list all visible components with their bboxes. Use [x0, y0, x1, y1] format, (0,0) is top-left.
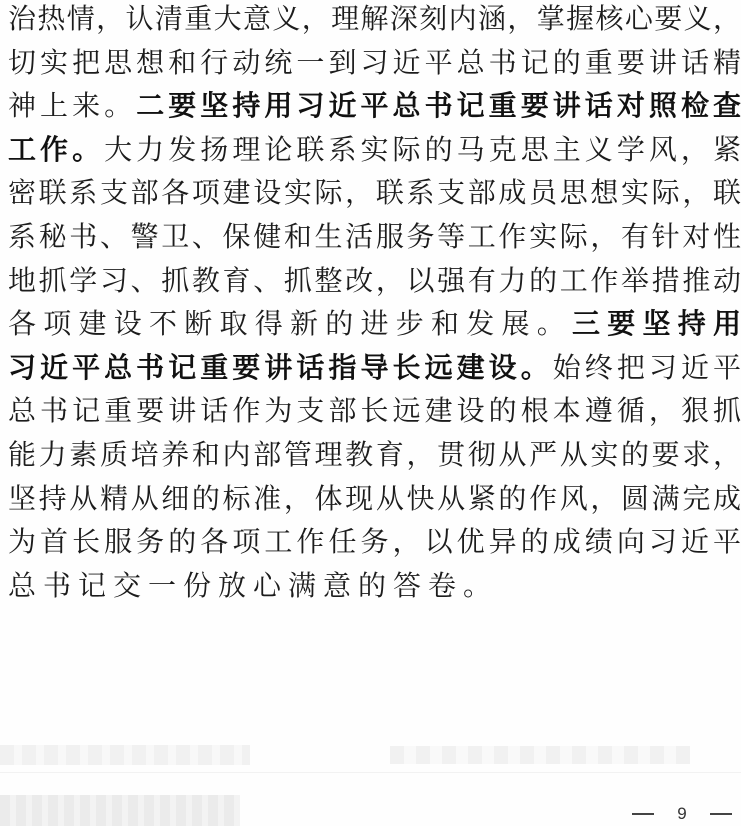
text-line: 治热情，认清重大意义，理解深刻内涵，掌握核心要义，	[8, 0, 741, 44]
bleed-through-rule	[0, 772, 741, 773]
text-line: 密联系支部各项建设实际，联系支部成员思想实际，联	[8, 174, 741, 218]
text-segment: 神上来。	[8, 89, 136, 122]
text-line: 能力素质培养和内部管理教育，贯彻从严从实的要求，	[8, 436, 741, 480]
text-segment: 总书记重要讲话作为支部长远建设的根本遵循，狠抓	[8, 394, 741, 427]
text-segment: 系秘书、警卫、保健和生活服务等工作实际，有针对性	[8, 220, 741, 253]
page-number-dash-right	[710, 813, 732, 815]
text-segment: 治热情，认清重大意义，理解深刻内涵，掌握核心要义，	[8, 2, 741, 35]
text-segment: 总书记交一份放心满意的答卷。	[8, 569, 498, 602]
text-line: 神上来。二要坚持用习近平总书记重要讲话对照检查	[8, 87, 741, 131]
text-segment: 为首长服务的各项工作任务，以优异的成绩向习近平	[8, 525, 741, 558]
text-segment: 坚持从精从细的标准，体现从快从紧的作风，圆满完成	[8, 482, 741, 515]
text-segment: 能力素质培养和内部管理教育，贯彻从严从实的要求，	[8, 438, 741, 471]
page-number-dash-left	[632, 813, 654, 815]
text-line: 切实把思想和行动统一到习近平总书记的重要讲话精	[8, 44, 741, 88]
document-page: 治热情，认清重大意义，理解深刻内涵，掌握核心要义，切实把思想和行动统一到习近平总…	[0, 0, 741, 826]
text-line: 总书记重要讲话作为支部长远建设的根本遵循，狠抓	[8, 392, 741, 436]
page-number: 9	[632, 803, 732, 825]
text-segment: 各项建设不断取得新的进步和发展。	[8, 307, 572, 340]
text-line: 系秘书、警卫、保健和生活服务等工作实际，有针对性	[8, 218, 741, 262]
text-line: 坚持从精从细的标准，体现从快从紧的作风，圆满完成	[8, 480, 741, 524]
text-line: 为首长服务的各项工作任务，以优异的成绩向习近平	[8, 523, 741, 567]
bold-text-segment: 习近平总书记重要讲话指导长远建设。	[8, 351, 553, 384]
text-line: 工作。大力发扬理论联系实际的马克思主义学风，紧	[8, 131, 741, 175]
bold-text-segment: 工作。	[8, 133, 104, 166]
text-segment: 大力发扬理论联系实际的马克思主义学风，紧	[104, 133, 741, 166]
body-text: 治热情，认清重大意义，理解深刻内涵，掌握核心要义，切实把思想和行动统一到习近平总…	[8, 0, 741, 610]
bleed-through-text-right	[390, 746, 690, 764]
page-number-value: 9	[677, 804, 686, 824]
bold-text-segment: 三要坚持用	[572, 307, 741, 340]
text-segment: 地抓学习、抓教育、抓整改，以强有力的工作举措推动	[8, 264, 741, 297]
bleed-through-block	[0, 795, 240, 826]
text-line: 总书记交一份放心满意的答卷。	[8, 567, 741, 611]
text-line: 地抓学习、抓教育、抓整改，以强有力的工作举措推动	[8, 262, 741, 306]
text-segment: 密联系支部各项建设实际，联系支部成员思想实际，联	[8, 176, 741, 209]
text-line: 各项建设不断取得新的进步和发展。三要坚持用	[8, 305, 741, 349]
text-line: 习近平总书记重要讲话指导长远建设。始终把习近平	[8, 349, 741, 393]
text-segment: 切实把思想和行动统一到习近平总书记的重要讲话精	[8, 46, 741, 79]
bleed-through-text-left	[0, 745, 250, 765]
text-segment: 始终把习近平	[553, 351, 741, 384]
bold-text-segment: 二要坚持用习近平总书记重要讲话对照检查	[136, 89, 741, 122]
